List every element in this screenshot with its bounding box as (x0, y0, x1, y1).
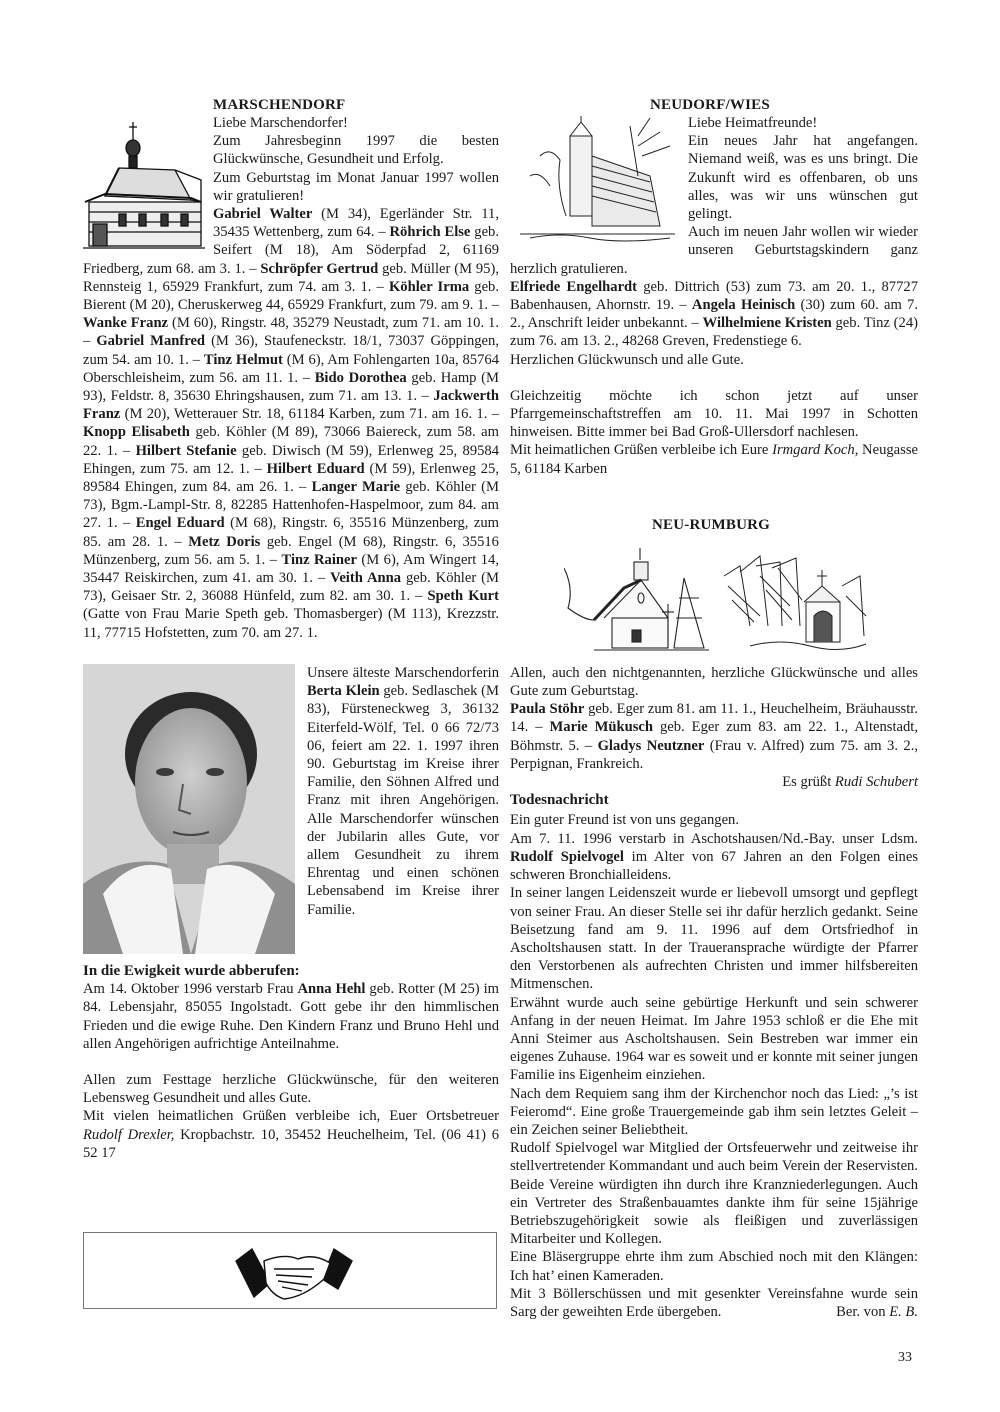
page-number: 33 (898, 1349, 912, 1367)
portrait-photo (83, 664, 295, 954)
person-name: Schröpfer Gertrud (260, 261, 378, 277)
death-paragraph-3: Erwähnt wurde auch seine gebürtige Herku… (510, 994, 918, 1085)
closing-signature: Mit heimatlichen Grüßen verbleibe ich Eu… (510, 441, 918, 477)
person-name: Gabriel Manfred (96, 333, 205, 349)
death-paragraph-6: Eine Bläsergruppe ehrte ihm zum Abschied… (510, 1248, 918, 1284)
author-name: Rudolf Drexler, (83, 1127, 174, 1143)
text-fragment: geb. Sedlaschek (M 83), Fürsteneckweg 3,… (307, 683, 499, 917)
death-line-1: Ein guter Freund ist von uns gegangen. (510, 811, 918, 829)
text-fragment: Am 14. Oktober 1996 verstarb Frau (83, 981, 297, 997)
neurumburg-illustrations (510, 540, 918, 664)
text-fragment: Ber. von (836, 1304, 889, 1320)
intro: Allen, auch den nichtgenannten, herzlich… (510, 664, 918, 700)
death-paragraph-4: Nach dem Requiem sang ihm der Kirchencho… (510, 1085, 918, 1140)
person-name: Marie Mükusch (550, 719, 653, 735)
section-title-neudorf: NEUDORF/WIES (510, 96, 918, 114)
birthday-list: Elfriede Engelhardt geb. Dittrich (53) z… (510, 278, 918, 351)
church-trees-illustration-icon (510, 116, 680, 256)
person-name: Bido Dorothea (315, 370, 407, 386)
marschendorf-column: MARSCHENDORF Lieb (83, 96, 499, 1162)
section-title-neurumburg: NEU-RUMBURG (510, 516, 918, 534)
death-paragraph-5: Rudolf Spielvogel war Mitglied der Ortsf… (510, 1139, 918, 1248)
text-fragment: Mit vielen heimatlichen Grüßen verbleibe… (83, 1108, 499, 1124)
person-name: Anna Hehl (297, 981, 365, 997)
person-name: Langer Marie (312, 479, 401, 495)
death-paragraph-7: Mit 3 Böllerschüssen und mit gesenkter V… (510, 1285, 918, 1321)
person-name: Rudolf Spielvogel (510, 849, 624, 865)
person-name: Veith Anna (330, 570, 401, 586)
author-name: Rudi Schubert (835, 774, 918, 790)
person-name: Paula Stöhr (510, 701, 584, 717)
person-name: Tinz Rainer (281, 552, 357, 568)
signoff: Es grüßt Rudi Schubert (510, 773, 918, 791)
person-name: Wilhelmiene Kristen (703, 315, 832, 331)
text-fragment: Es grüßt (782, 774, 835, 790)
text-fragment: Am 7. 11. 1996 verstarb in Aschotshausen… (510, 831, 918, 847)
oldest-resident-block: Unsere älteste Marschendorferin Berta Kl… (83, 664, 499, 919)
person-details: (M 20), Wetterauer Str. 18, 61184 Karben… (120, 406, 499, 422)
chapel-illustration-icon (564, 548, 714, 663)
person-name: Engel Eduard (136, 515, 225, 531)
birthday-list: Paula Stöhr geb. Eger zum 81. am 11. 1.,… (510, 700, 918, 773)
person-name: Hilbert Eduard (267, 461, 365, 477)
announcement: Gleichzeitig möchte ich schon jetzt auf … (510, 387, 918, 442)
neurumburg-text: Allen, auch den nichtgenannten, herzlich… (510, 664, 918, 1321)
person-name: Angela Heinisch (692, 297, 795, 313)
closing-signature: Mit vielen heimatlichen Grüßen verbleibe… (83, 1107, 499, 1162)
handshake-icon (234, 1239, 354, 1308)
person-name: Hilbert Stefanie (136, 443, 237, 459)
person-name: Wanke Franz (83, 315, 168, 331)
obituary-heading: In die Ewigkeit wurde abberufen: (83, 962, 499, 980)
death-notice-heading: Todesnachricht (510, 791, 918, 809)
person-name: Speth Kurt (427, 588, 499, 604)
section-title-marschendorf: MARSCHENDORF (83, 96, 499, 114)
church-illustration-icon (83, 118, 205, 258)
person-name: Gabriel Walter (213, 206, 312, 222)
report-credit: Ber. von E. B. (836, 1303, 918, 1321)
person-name: Metz Doris (188, 534, 260, 550)
person-name: Röhrich Else (390, 224, 471, 240)
death-paragraph-1: Am 7. 11. 1996 verstarb in Aschotshausen… (510, 830, 918, 885)
obituary-block: In die Ewigkeit wurde abberufen: Am 14. … (83, 962, 499, 1162)
person-name: Gladys Neutzner (598, 738, 705, 754)
person-details: (Gatte von Frau Marie Speth geb. Thomasb… (83, 606, 499, 640)
person-name: Elfriede Engelhardt (510, 279, 637, 295)
death-paragraph-2: In seiner langen Leidenszeit wurde er li… (510, 884, 918, 993)
person-name: Berta Klein (307, 683, 380, 699)
closing-wishes: Allen zum Festtage herzliche Glückwünsch… (83, 1071, 499, 1107)
shrine-illustration-icon (720, 546, 870, 663)
text-fragment: Mit heimatlichen Grüßen verbleibe ich Eu… (510, 442, 772, 458)
handshake-box (83, 1232, 497, 1309)
person-name: Tinz Helmut (204, 352, 283, 368)
neudorf-column: NEUDORF/WIES Liebe Heimatfreunde! Ein ne… (510, 96, 918, 1321)
author-initials: E. B. (889, 1304, 918, 1320)
wishes: Herzlichen Glückwunsch und alle Gute. (510, 351, 918, 369)
text-fragment: Unsere älteste Marschendorferin (307, 665, 499, 681)
author-name: Irmgard Koch, (772, 442, 858, 458)
person-name: Knopp Elisabeth (83, 424, 190, 440)
birthday-list: Gabriel Walter (M 34), Egerländer Str. 1… (83, 205, 499, 642)
person-name: Köhler Irma (389, 279, 469, 295)
